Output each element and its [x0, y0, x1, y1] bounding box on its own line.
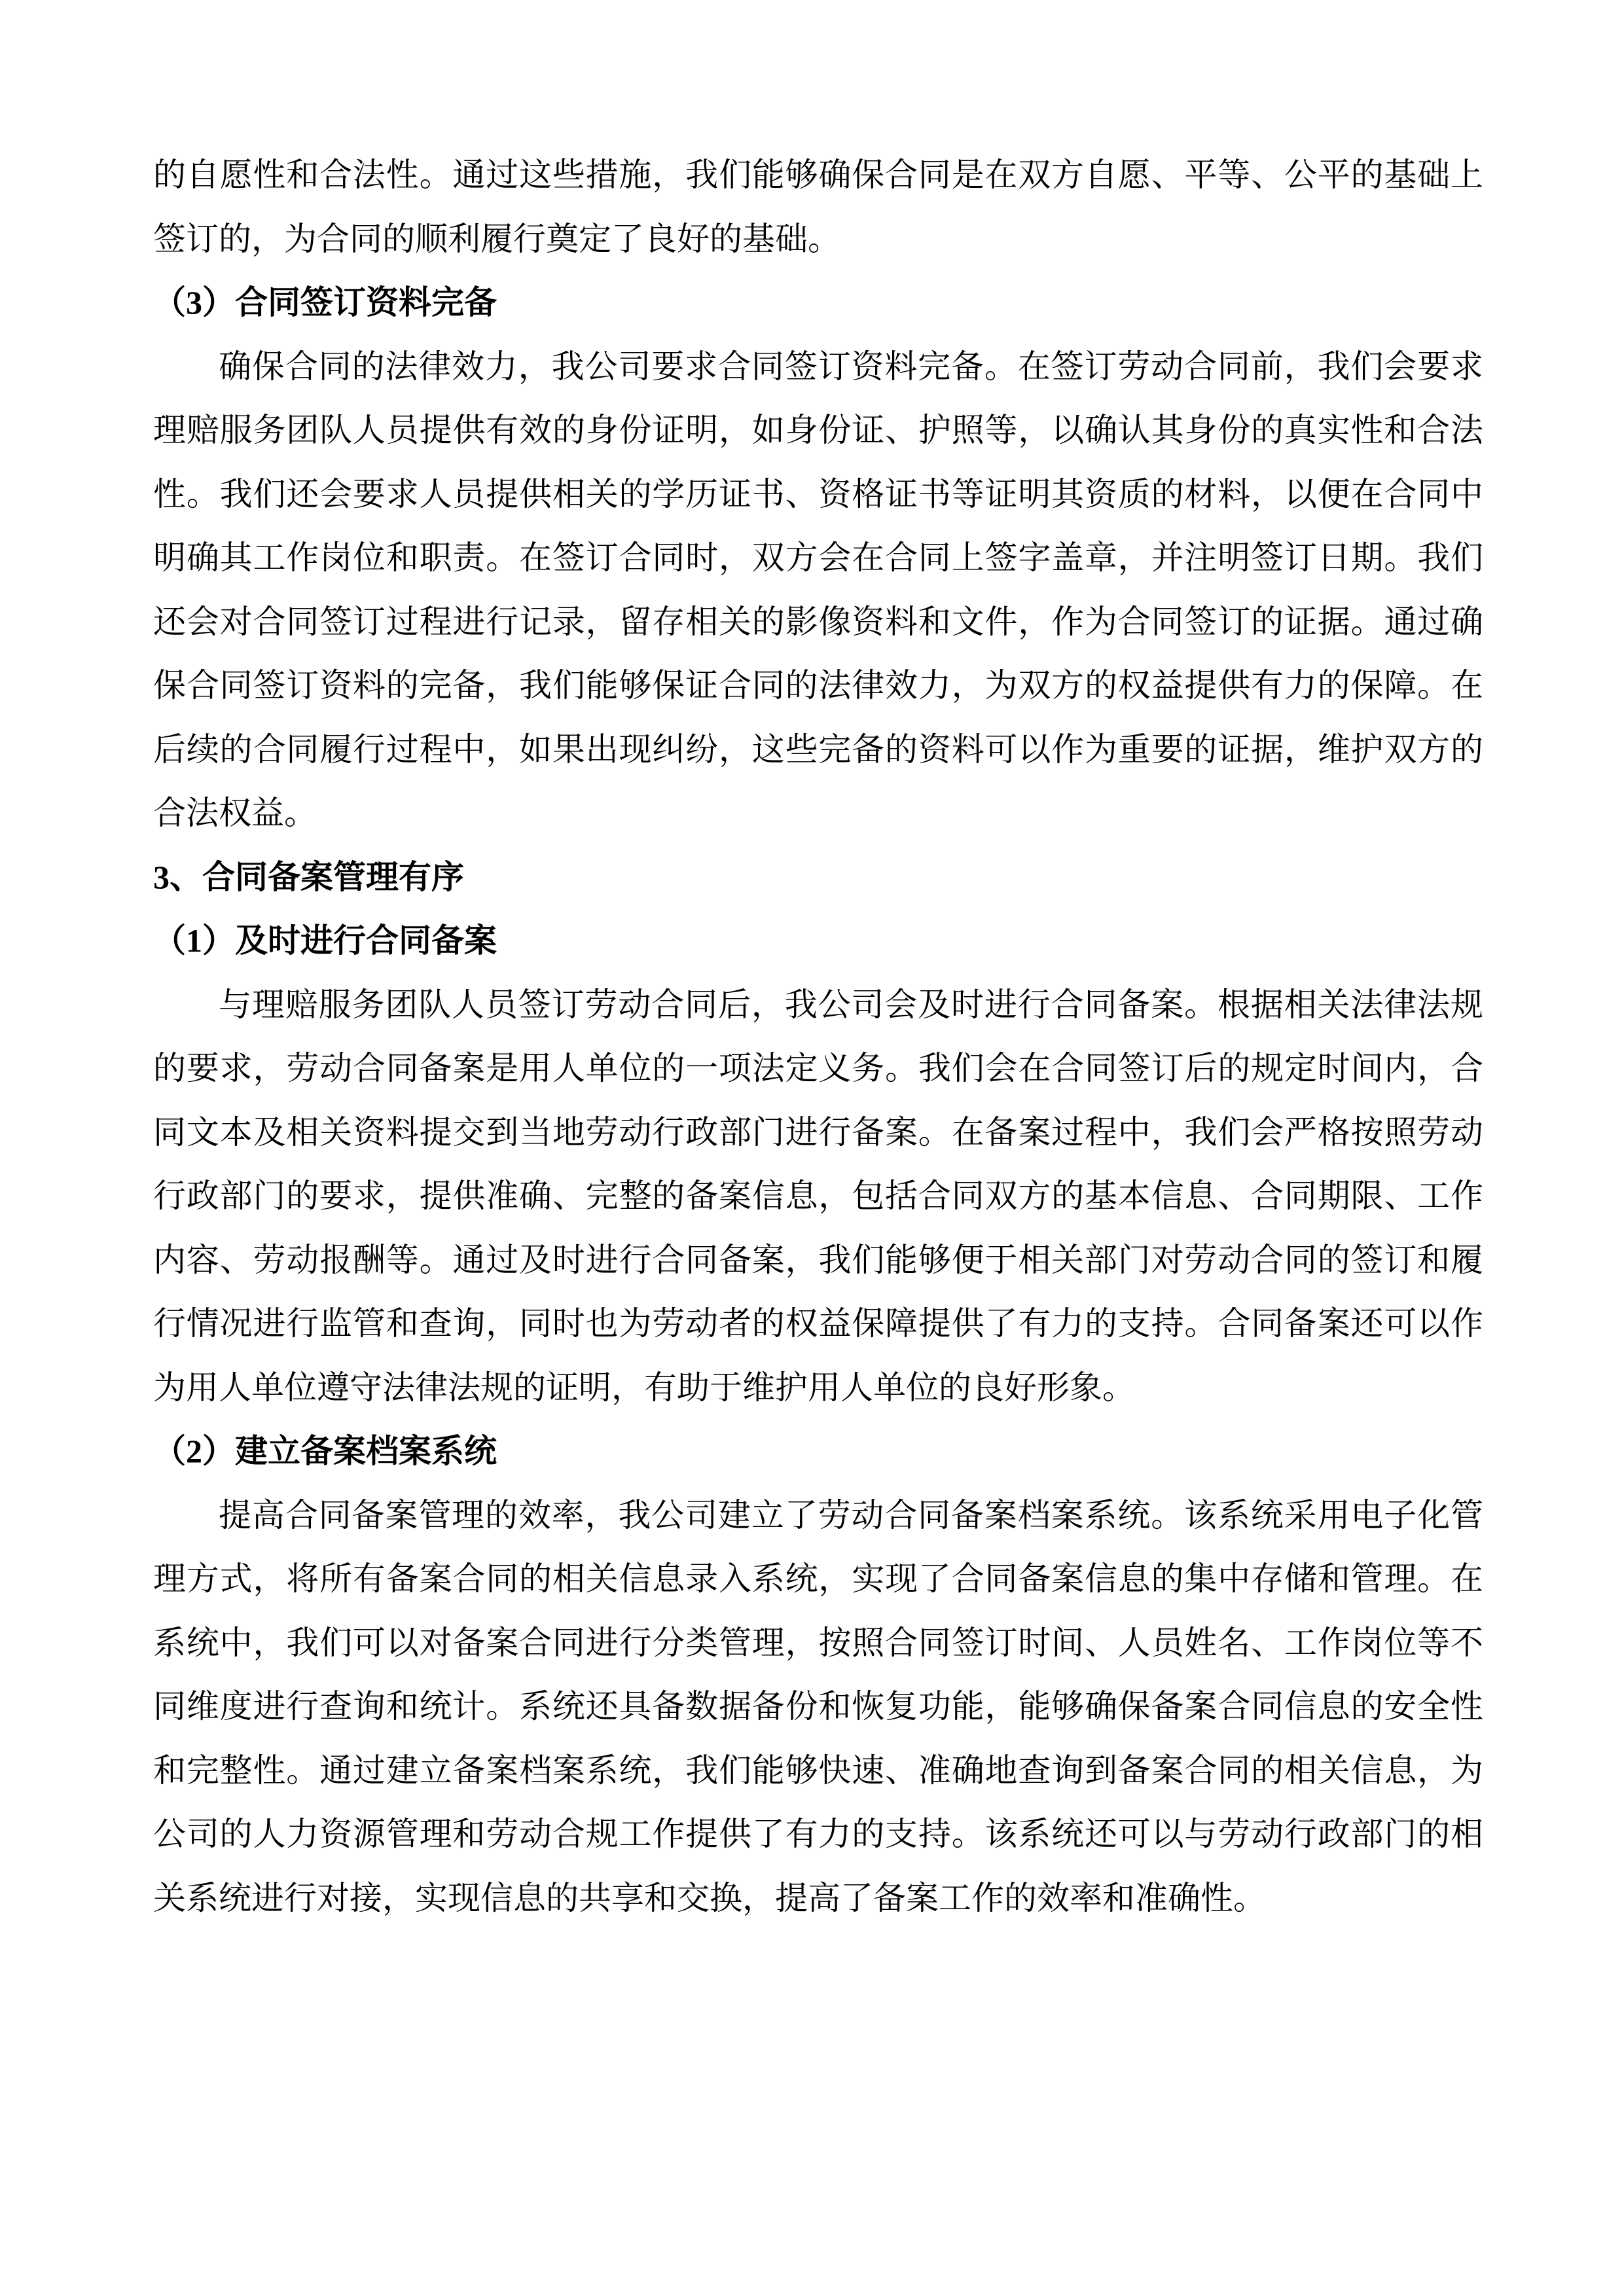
paragraph-line: 理方式，将所有备案合同的相关信息录入系统，实现了合同备案信息的集中存储和管理。在 — [153, 1547, 1483, 1611]
heading-line: 3、合同备案管理有序 — [153, 846, 1483, 910]
section-heading: （3）合同签订资料完备 — [153, 271, 1483, 335]
paragraph-line: 系统中，我们可以对备案合同进行分类管理，按照合同签订时间、人员姓名、工作岗位等不 — [153, 1611, 1483, 1676]
paragraph-line: 还会对合同签订过程进行记录，留存相关的影像资料和文件，作为合同签订的证据。通过确 — [153, 590, 1483, 655]
paragraph-line: 为用人单位遵守法律法规的证明，有助于维护用人单位的良好形象。 — [153, 1356, 1483, 1420]
heading-line: （1）及时进行合同备案 — [153, 909, 1483, 973]
paragraph-line: 关系统进行对接，实现信息的共享和交换，提高了备案工作的效率和准确性。 — [153, 1867, 1483, 1931]
paragraph-line: 签订的，为合同的顺利履行奠定了良好的基础。 — [153, 207, 1483, 272]
paragraph-line: 性。我们还会要求人员提供相关的学历证书、资格证书等证明其资质的材料，以便在合同中 — [153, 463, 1483, 527]
paragraph-line: 行情况进行监管和查询，同时也为劳动者的权益保障提供了有力的支持。合同备案还可以作 — [153, 1292, 1483, 1356]
paragraph-line: 明确其工作岗位和职责。在签订合同时，双方会在合同上签字盖章，并注明签订日期。我们 — [153, 526, 1483, 590]
paragraph-line: 和完整性。通过建立备案档案系统，我们能够快速、准确地查询到备案合同的相关信息，为 — [153, 1739, 1483, 1803]
paragraph-line: 同文本及相关资料提交到当地劳动行政部门进行备案。在备案过程中，我们会严格按照劳动 — [153, 1101, 1483, 1165]
section-heading: （1）及时进行合同备案 — [153, 909, 1483, 973]
paragraph: 提高合同备案管理的效率，我公司建立了劳动合同备案档案系统。该系统采用电子化管理方… — [153, 1484, 1483, 1931]
paragraph-line: 与理赔服务团队人员签订劳动合同后，我公司会及时进行合同备案。根据相关法律法规 — [153, 973, 1483, 1037]
section-heading: （2）建立备案档案系统 — [153, 1420, 1483, 1484]
paragraph-line: 合法权益。 — [153, 781, 1483, 846]
heading-line: （3）合同签订资料完备 — [153, 271, 1483, 335]
paragraph-line: 公司的人力资源管理和劳动合规工作提供了有力的支持。该系统还可以与劳动行政部门的相 — [153, 1803, 1483, 1867]
paragraph-line: 理赔服务团队人员提供有效的身份证明，如身份证、护照等，以确认其身份的真实性和合法 — [153, 399, 1483, 463]
document-text-block: 的自愿性和合法性。通过这些措施，我们能够确保合同是在双方自愿、平等、公平的基础上… — [153, 143, 1483, 1930]
paragraph: 确保合同的法律效力，我公司要求合同签订资料完备。在签订劳动合同前，我们会要求理赔… — [153, 335, 1483, 846]
paragraph: 与理赔服务团队人员签订劳动合同后，我公司会及时进行合同备案。根据相关法律法规的要… — [153, 973, 1483, 1420]
paragraph-line: 保合同签订资料的完备，我们能够保证合同的法律效力，为双方的权益提供有力的保障。在 — [153, 654, 1483, 718]
document-page: 的自愿性和合法性。通过这些措施，我们能够确保合同是在双方自愿、平等、公平的基础上… — [0, 0, 1624, 2296]
paragraph: 的自愿性和合法性。通过这些措施，我们能够确保合同是在双方自愿、平等、公平的基础上… — [153, 143, 1483, 271]
paragraph-line: 确保合同的法律效力，我公司要求合同签订资料完备。在签订劳动合同前，我们会要求 — [153, 335, 1483, 399]
paragraph-line: 提高合同备案管理的效率，我公司建立了劳动合同备案档案系统。该系统采用电子化管 — [153, 1484, 1483, 1548]
section-heading: 3、合同备案管理有序 — [153, 846, 1483, 910]
paragraph-line: 内容、劳动报酬等。通过及时进行合同备案，我们能够便于相关部门对劳动合同的签订和履 — [153, 1229, 1483, 1293]
paragraph-line: 的自愿性和合法性。通过这些措施，我们能够确保合同是在双方自愿、平等、公平的基础上 — [153, 143, 1483, 207]
paragraph-line: 同维度进行查询和统计。系统还具备数据备份和恢复功能，能够确保备案合同信息的安全性 — [153, 1675, 1483, 1739]
paragraph-line: 后续的合同履行过程中，如果出现纠纷，这些完备的资料可以作为重要的证据，维护双方的 — [153, 718, 1483, 782]
heading-line: （2）建立备案档案系统 — [153, 1420, 1483, 1484]
paragraph-line: 行政部门的要求，提供准确、完整的备案信息，包括合同双方的基本信息、合同期限、工作 — [153, 1164, 1483, 1229]
paragraph-line: 的要求，劳动合同备案是用人单位的一项法定义务。我们会在合同签订后的规定时间内，合 — [153, 1037, 1483, 1101]
